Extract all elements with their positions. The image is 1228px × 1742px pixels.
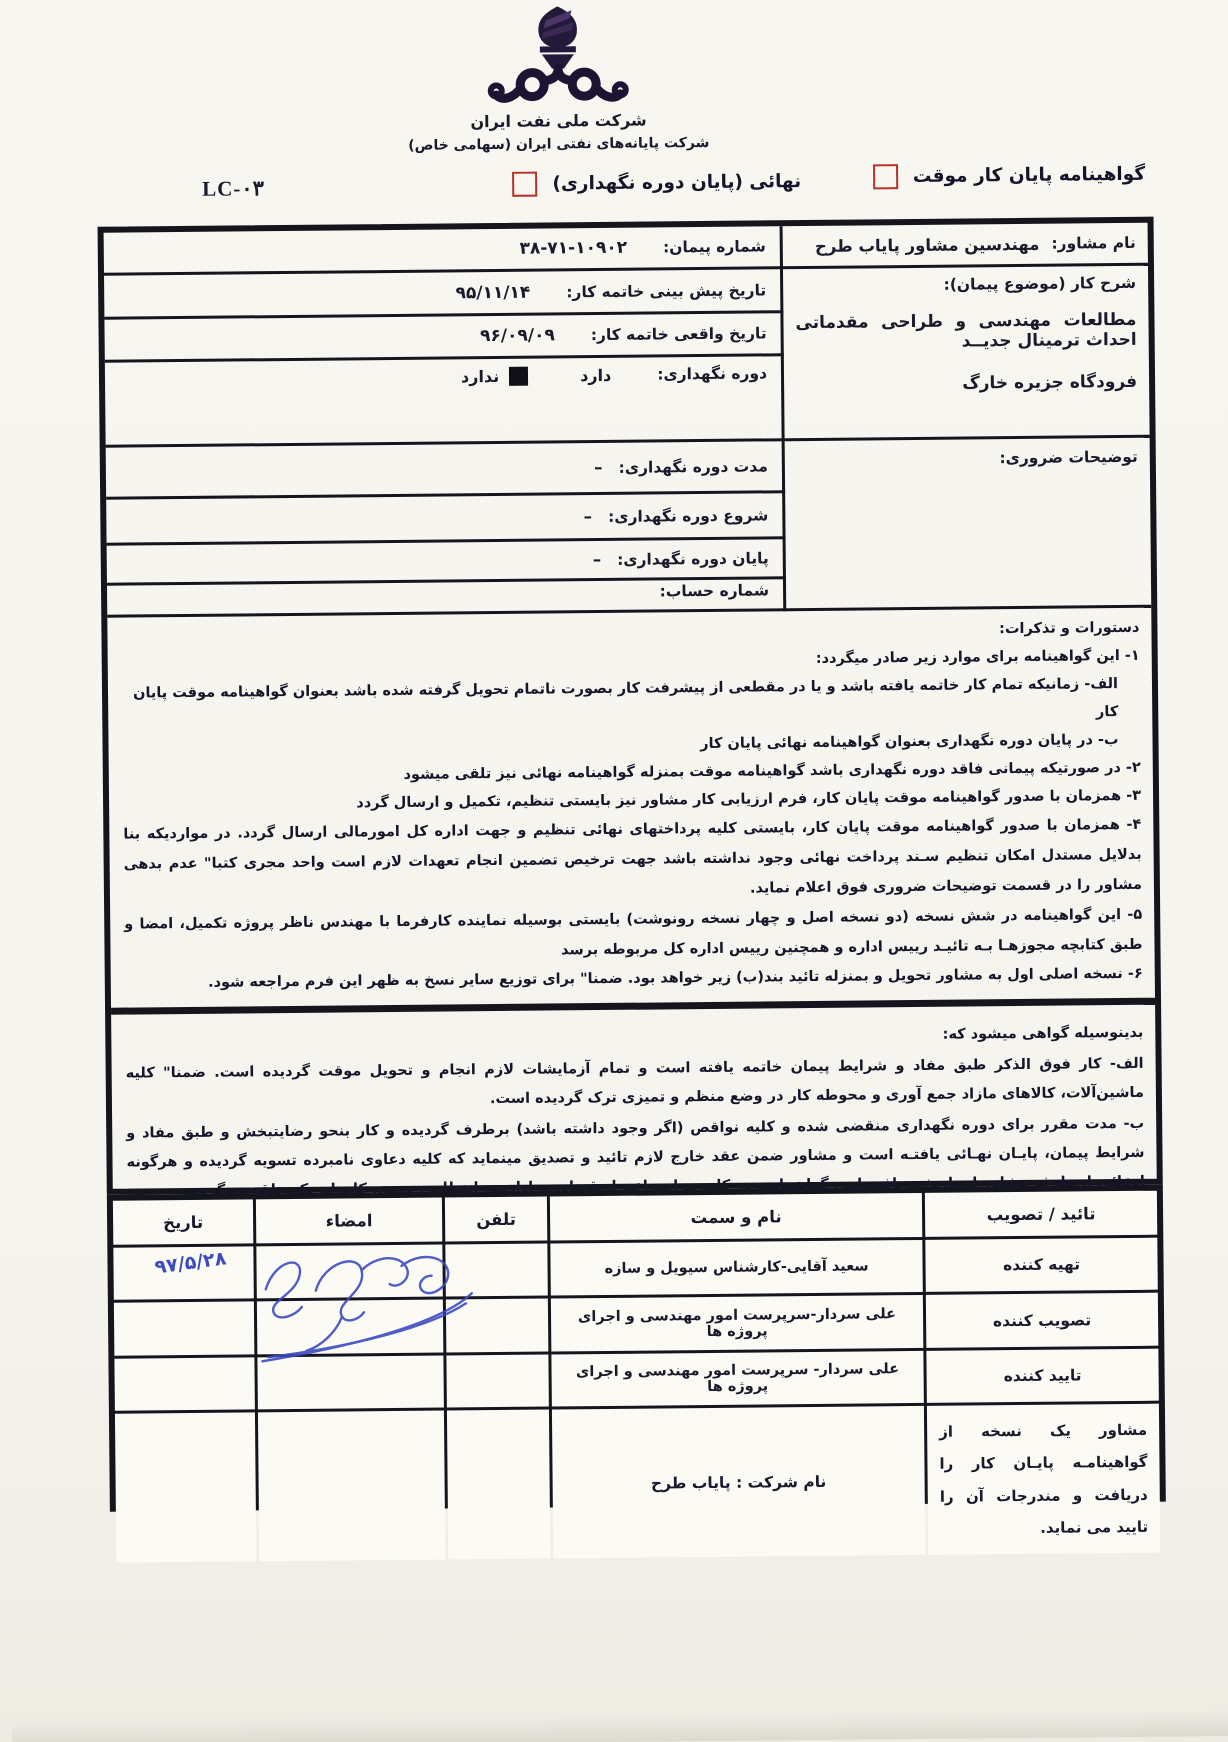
maintenance-has-option[interactable]: دارد (580, 366, 611, 385)
col-header-phone: تلفن (445, 1197, 547, 1242)
approver-name: علی سردار-سرپرست امور مهندسی و اجرای پرو… (551, 1295, 923, 1352)
actual-end-date-label: تاریخ واقعی خاتمه کار: (591, 324, 767, 344)
preparer-name: سعید آقایی-کارشناس سیویل و سازه (550, 1240, 922, 1296)
final-certificate-checkbox[interactable] (512, 172, 537, 197)
maintenance-duration-row: مدت دوره نگهداری: – (106, 441, 782, 496)
scanned-form: شرکت ملی نفت ایران شرکت پایانه‌های نفتی … (0, 0, 1228, 1742)
maintenance-period-label: دوره نگهداری: (657, 364, 767, 383)
preparer-role: تهیه کننده (925, 1238, 1157, 1292)
certificate-type-final: نهائی (پایان دوره نگهداری) (512, 169, 801, 197)
consultant-row: نام مشاور: مهندسین مشاور پایاب طرح (783, 223, 1148, 267)
col-header-approval: تائید / تصویب (925, 1191, 1157, 1237)
maintenance-duration-value: – (594, 457, 603, 477)
col-header-signature: امضاء (256, 1198, 442, 1244)
temporary-certificate-checkbox[interactable] (873, 164, 898, 189)
consultant-label: نام مشاور: (1051, 234, 1136, 253)
consultant-receipt-note: مشاور یک نسخه از گواهینامـه پایـان کار ر… (927, 1404, 1160, 1555)
contract-number-row: شماره پیمان: ۳۸-۷۱-۱۰۹۰۲ (104, 226, 780, 272)
instruction-item: ۵- این گواهینامه در شش نسخه (دو نسخه اصل… (124, 900, 1143, 970)
company-name-cell: نام شرکت : پایاب طرح (552, 1406, 925, 1559)
main-form-box: شماره پیمان: ۳۸-۷۱-۱۰۹۰۲ تاریخ پیش بینی … (98, 217, 1163, 1195)
instruction-item: الف- زمانیکه تمام کار خاتمه یافته باشد و… (122, 670, 1140, 736)
confirmer-date-cell[interactable] (114, 1357, 254, 1410)
approver-phone-cell[interactable] (446, 1299, 549, 1353)
certification-item-a: الف- کار فوق الذکر طبق مفاد و شرایط پیما… (126, 1050, 1145, 1118)
empty-cell[interactable] (115, 1412, 256, 1562)
col-header-date: تاریخ (113, 1199, 253, 1244)
account-number-label: شماره حساب: (660, 581, 770, 600)
work-scope-line1: مطالعات مهندسی و طراحی مقدماتی احداث ترم… (795, 310, 1136, 353)
instruction-item: ۴- همزمان با صدور گواهینامه موقت پایان ک… (123, 810, 1142, 910)
scan-edge-shadow (12, 1710, 1228, 1742)
empty-cell[interactable] (447, 1410, 550, 1560)
actual-end-date-value: ۹۶/۰۹/۰۹ (480, 325, 555, 346)
maintenance-hasnot-label: ندارد (461, 367, 499, 386)
final-certificate-label: نهائی (پایان دوره نگهداری) (552, 171, 801, 194)
empty-cell[interactable] (258, 1411, 445, 1562)
org-name-secondary: شرکت پایانه‌های نفتی ایران (سهامی خاص) (0, 131, 1121, 158)
preparer-signature-cell[interactable] (256, 1245, 442, 1299)
consultant-value: مهندسین مشاور پایاب طرح (815, 234, 1040, 255)
work-scope-cell: شرح کار (موضوع پیمان): مطالعات مهندسی و … (783, 266, 1150, 435)
logo-block (0, 1, 1120, 114)
maintenance-duration-label: مدت دوره نگهداری: (619, 457, 768, 476)
essential-notes-label: توضیحات ضروری: (797, 448, 1138, 469)
maintenance-finish-row: پایان دوره نگهداری: – (107, 539, 783, 582)
approver-signature-cell[interactable] (257, 1300, 444, 1355)
actual-end-date-row: تاریخ واقعی خاتمه کار: ۹۶/۰۹/۰۹ (104, 313, 780, 359)
expected-end-date-label: تاریخ پیش بینی خاتمه کار: (566, 281, 766, 301)
maintenance-start-row: شروع دوره نگهداری: – (106, 493, 782, 542)
col-header-name-title: نام و سمت (550, 1193, 922, 1241)
instructions-section: دستورات و تذکرات: ۱- این گواهینامه برای … (107, 608, 1155, 998)
essential-notes-cell[interactable]: توضیحات ضروری: (785, 438, 1152, 608)
maintenance-start-label: شروع دوره نگهداری: (608, 506, 768, 526)
confirmer-role: تایید کننده (926, 1349, 1158, 1403)
work-scope-label: شرح کار (موضوع پیمان): (795, 274, 1136, 295)
confirmer-name: علی سردار- سرپرست امور مهندسی و اجرای پر… (551, 1351, 923, 1407)
contract-number-label: شماره پیمان: (663, 237, 766, 256)
certification-section: بدینوسیله گواهی میشود که: الف- کار فوق ا… (111, 1011, 1157, 1207)
maintenance-finish-label: پایان دوره نگهداری: (617, 549, 769, 568)
confirmer-phone-cell[interactable] (446, 1355, 548, 1408)
signoff-table: تائید / تصویب نام و سمت تلفن امضاء تاریخ… (107, 1185, 1166, 1512)
temporary-certificate-label: گواهینامه پایان کار موقت (913, 164, 1145, 187)
work-scope-line2: فرودگاه جزیره خارگ (796, 372, 1137, 395)
maintenance-hasnot-option[interactable]: ندارد (461, 367, 528, 387)
expected-end-date-row: تاریخ پیش بینی خاتمه کار: ۹۵/۱۱/۱۴ (104, 269, 780, 316)
approver-date-cell[interactable] (114, 1301, 255, 1355)
checked-filled-box[interactable] (509, 367, 528, 386)
maintenance-period-row: دوره نگهداری: دارد ندارد (105, 356, 782, 444)
confirmer-signature-cell[interactable] (257, 1356, 443, 1410)
maintenance-start-value: – (584, 507, 593, 527)
form-code: LC-۰۳ (202, 176, 264, 202)
certificate-type-temporary: گواهینامه پایان کار موقت (873, 162, 1145, 190)
expected-end-date-value: ۹۵/۱۱/۱۴ (455, 282, 530, 303)
maintenance-finish-value: – (593, 549, 602, 569)
preparer-phone-cell[interactable] (445, 1244, 547, 1297)
approver-role: تصویب کننده (926, 1293, 1158, 1348)
nioc-torch-logo (481, 6, 634, 109)
contract-number-value: ۳۸-۷۱-۱۰۹۰۲ (519, 238, 627, 259)
